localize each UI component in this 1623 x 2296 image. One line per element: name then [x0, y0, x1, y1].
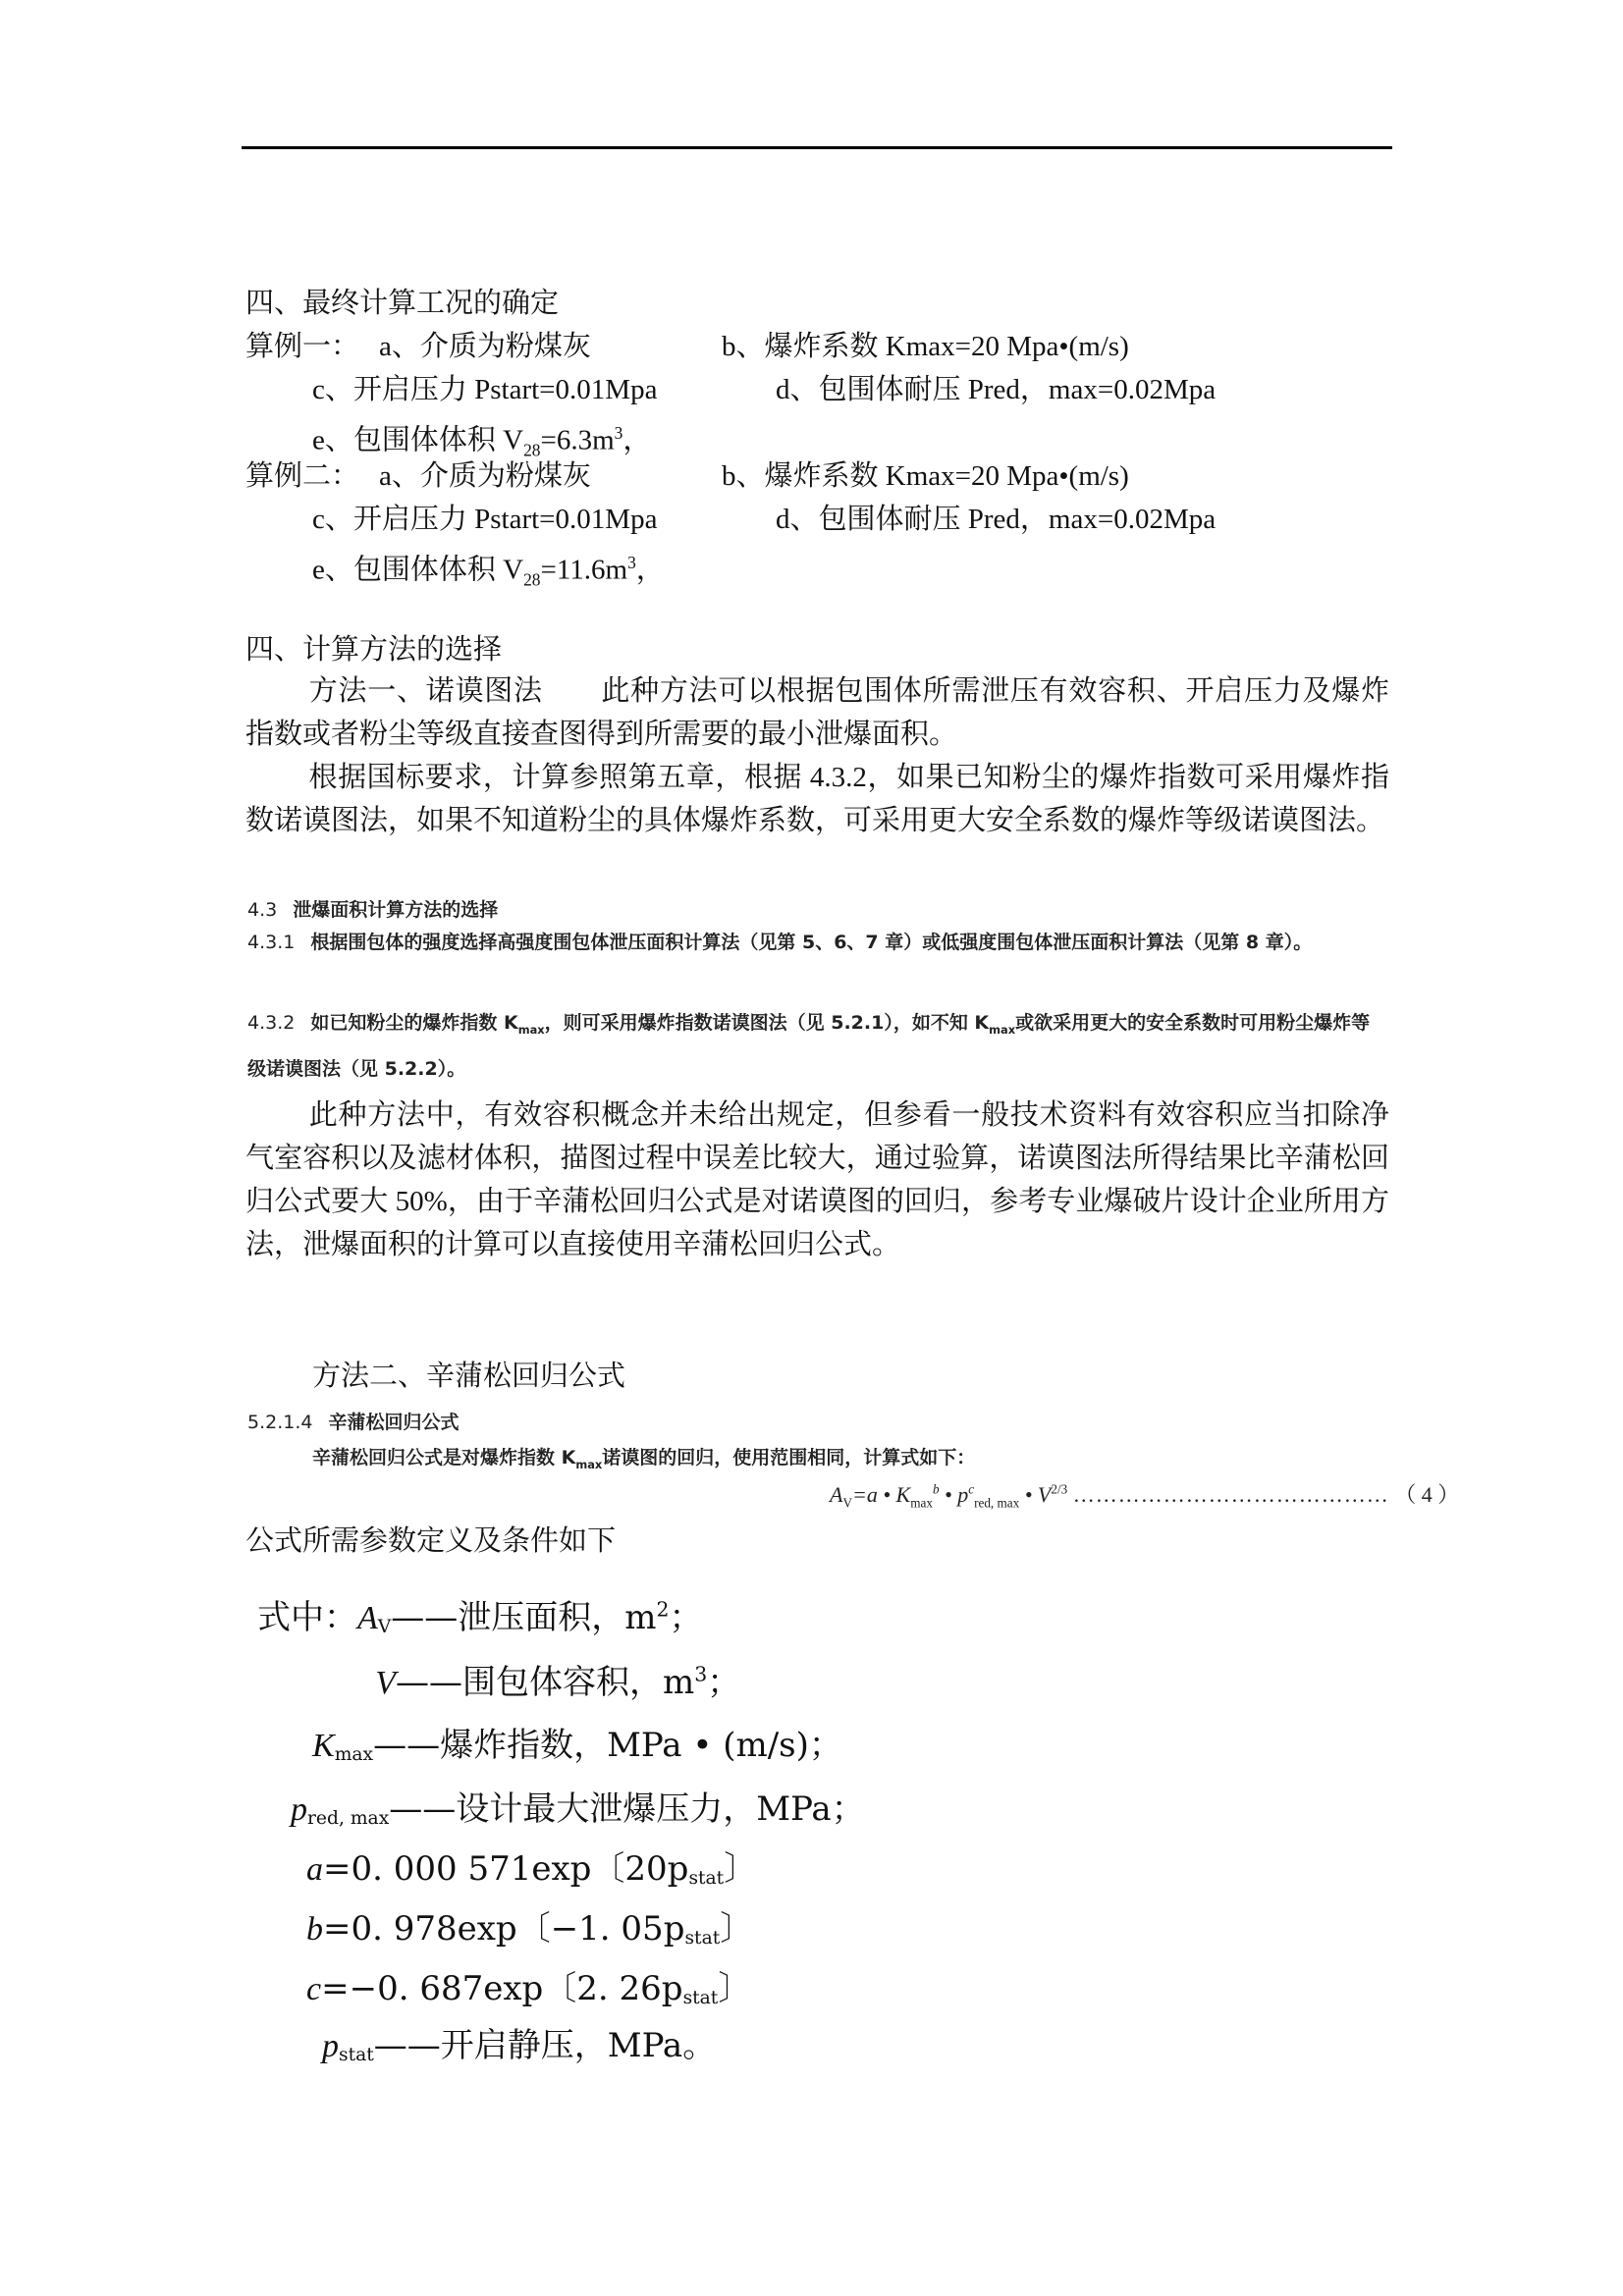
- simpson-regression-formula: AV=a • Kmaxb • pcred, max • V2/3 ……………………: [830, 1478, 1459, 1511]
- paragraph-standard-reference: 根据国标要求，计算参照第五章，根据 4.3.2，如果已知粉尘的爆炸指数可采用爆炸…: [245, 756, 1389, 842]
- definition-vent-area: 式中：AV——泄压面积，m2；: [257, 1590, 703, 1638]
- header-rule: [242, 146, 1392, 149]
- example2-enclosure-pressure: d、包围体耐压 Pred，max=0.02Mpa: [776, 502, 1216, 537]
- excerpt-4-3-1: 4.3.1根据围包体的强度选择高强度围包体泄压面积计算法（见第 5、6、7 章）…: [247, 923, 1386, 962]
- example2-label: 算例二：: [245, 458, 359, 494]
- excerpt-4-3-2: 4.3.2如已知粉尘的爆炸指数 Kmax，则可采用爆炸指数诺谟图法（见 5.2.…: [247, 1003, 1386, 1089]
- example1-medium: a、介质为粉煤灰: [379, 329, 591, 364]
- definition-static-opening-pressure: pstat——开启静压，MPa。: [322, 2018, 716, 2066]
- formula-leader-dots: ……………………………………: [1073, 1482, 1389, 1507]
- definition-explosion-index: Kmax——爆炸指数，MPa • (m/s)；: [312, 1718, 842, 1766]
- excerpt-5-2-1-4-title: 5.2.1.4辛蒲松回归公式: [247, 1410, 460, 1435]
- example1-explosion-coefficient: b、爆炸系数 Kmax=20 Mpa•(m/s): [722, 329, 1129, 364]
- example1-enclosure-pressure: d、包围体耐压 Pred，max=0.02Mpa: [776, 372, 1216, 407]
- definition-max-vent-pressure: pred, max——设计最大泄爆压力，MPa；: [291, 1782, 865, 1830]
- excerpt-4-3-title: 4.3泄爆面积计算方法的选择: [247, 897, 498, 923]
- document-page: 四、最终计算工况的确定 算例一： a、介质为粉煤灰 b、爆炸系数 Kmax=20…: [0, 0, 1623, 2296]
- section-heading-final-conditions: 四、最终计算工况的确定: [245, 286, 559, 321]
- example2-opening-pressure: c、开启压力 Pstart=0.01Mpa: [312, 502, 657, 537]
- example2-explosion-coefficient: b、爆炸系数 Kmax=20 Mpa•(m/s): [722, 458, 1129, 494]
- example1-label: 算例一：: [245, 329, 359, 364]
- paragraph-method1-comment: 此种方法中，有效容积概念并未给出规定，但参看一般技术资料有效容积应当扣除净气室容…: [245, 1094, 1389, 1266]
- section-heading-method-selection: 四、计算方法的选择: [245, 632, 502, 667]
- coefficient-c: c=−0. 687exp〔2. 26pstat〕: [306, 1961, 751, 2009]
- excerpt-5-2-1-4-body: 辛蒲松回归公式是对爆炸指数 Kmax诺谟图的回归，使用范围相同，计算式如下：: [312, 1445, 975, 1477]
- method2-heading: 方法二、辛蒲松回归公式: [312, 1359, 625, 1394]
- example2-medium: a、介质为粉煤灰: [379, 458, 591, 494]
- definition-enclosure-volume: V——围包体容积，m3；: [341, 1655, 740, 1703]
- equation-number: （ 4 ）: [1394, 1482, 1459, 1507]
- paragraph-method1: 方法一、诺谟图法 此种方法可以根据包围体所需泄压有效容积、开启压力及爆炸指数或者…: [245, 669, 1389, 756]
- example2-enclosure-volume: e、包围体体积 V28=11.6m3，: [312, 545, 665, 597]
- coefficient-a: a=0. 000 571exp〔20pstat〕: [306, 1842, 757, 1890]
- params-intro: 公式所需参数定义及条件如下: [245, 1523, 616, 1559]
- example1-opening-pressure: c、开启压力 Pstart=0.01Mpa: [312, 372, 657, 407]
- coefficient-b: b=0. 978exp〔−1. 05pstat〕: [306, 1901, 753, 1949]
